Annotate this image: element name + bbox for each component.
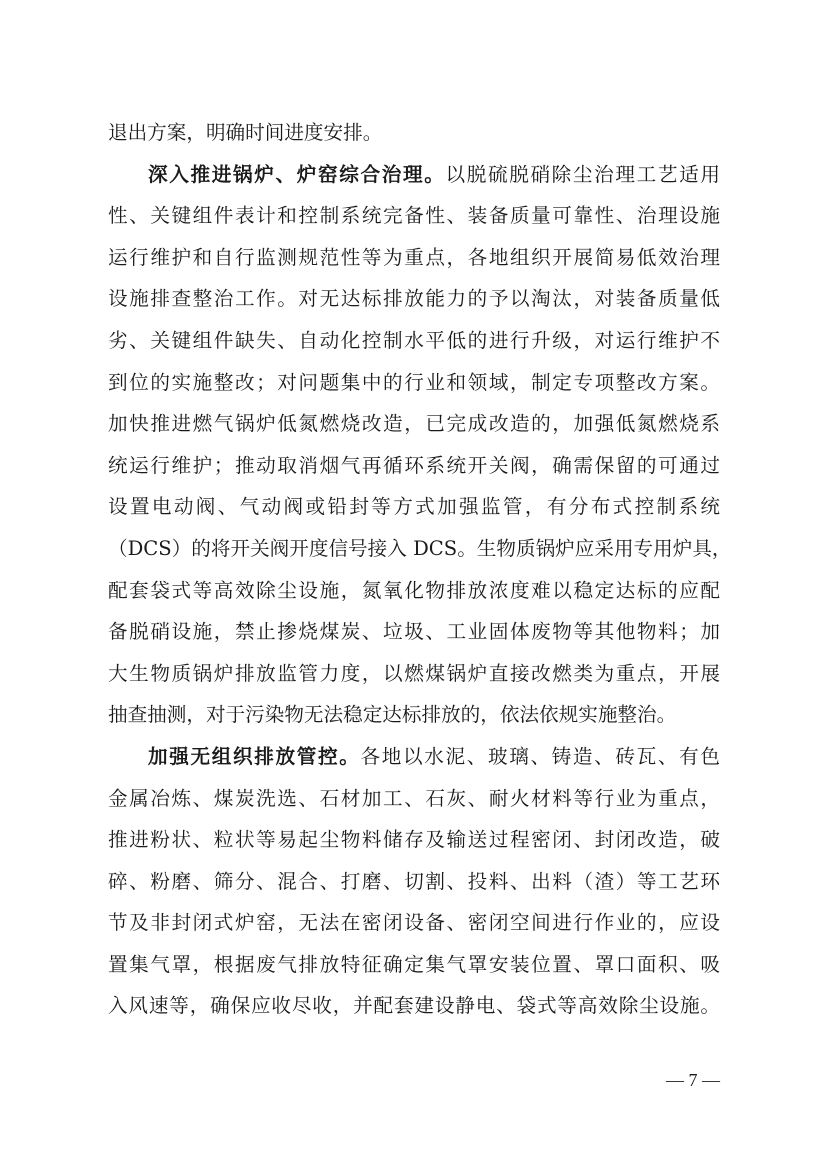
paragraph-line: 退出方案，明确时间进度安排。: [108, 112, 720, 154]
document-page: 退出方案，明确时间进度安排。 深入推进锅炉、炉窑综合治理。以脱硫脱硝除尘治理工艺…: [0, 0, 826, 1169]
paragraph-line: 配套袋式等高效除尘设施，氮氧化物排放浓度难以稳定达标的应配: [108, 570, 720, 612]
paragraph-line: 金属冶炼、煤炭洗选、石材加工、石灰、耐火材料等行业为重点，: [108, 778, 720, 820]
paragraph-line: 统运行维护；推动取消烟气再循环系统开关阀，确需保留的可通过: [108, 445, 720, 487]
paragraph-line: 到位的实施整改；对问题集中的行业和领域，制定专项整改方案。: [108, 362, 720, 404]
paragraph-text: 以脱硫脱硝除尘治理工艺适用: [445, 163, 720, 186]
paragraph-line: （DCS）的将开关阀开度信号接入 DCS。生物质锅炉应采用专用炉具，: [108, 528, 720, 570]
paragraph-line: 抽查抽测，对于污染物无法稳定达标排放的，依法依规实施整治。: [108, 694, 720, 736]
paragraph-line: 推进粉状、粒状等易起尘物料储存及输送过程密闭、封闭改造，破: [108, 819, 720, 861]
paragraph-line: 加快推进燃气锅炉低氮燃烧改造，已完成改造的，加强低氮燃烧系: [108, 403, 720, 445]
page-number: — 7 —: [640, 1070, 720, 1091]
body-text: 退出方案，明确时间进度安排。 深入推进锅炉、炉窑综合治理。以脱硫脱硝除尘治理工艺…: [108, 112, 720, 1027]
paragraph-first-line: 深入推进锅炉、炉窑综合治理。以脱硫脱硝除尘治理工艺适用: [108, 154, 720, 196]
paragraph-line: 置集气罩，根据废气排放特征确定集气罩安装位置、罩口面积、吸: [108, 944, 720, 986]
paragraph-line: 大生物质锅炉排放监管力度，以燃煤锅炉直接改燃类为重点，开展: [108, 653, 720, 695]
paragraph-line: 入风速等，确保应收尽收，并配套建设静电、袋式等高效除尘设施。: [108, 985, 720, 1027]
paragraph-line: 节及非封闭式炉窑，无法在密闭设备、密闭空间进行作业的，应设: [108, 902, 720, 944]
paragraph-line: 运行维护和自行监测规范性等为重点，各地组织开展简易低效治理: [108, 237, 720, 279]
paragraph-line: 碎、粉磨、筛分、混合、打磨、切割、投料、出料（渣）等工艺环: [108, 861, 720, 903]
paragraph-line: 劣、关键组件缺失、自动化控制水平低的进行升级，对运行维护不: [108, 320, 720, 362]
section-heading: 深入推进锅炉、炉窑综合治理。: [148, 163, 445, 186]
paragraph-text: 各地以水泥、玻璃、铸造、砖瓦、有色: [360, 745, 720, 768]
paragraph-line: 设施排查整治工作。对无达标排放能力的予以淘汰，对装备质量低: [108, 278, 720, 320]
paragraph-first-line: 加强无组织排放管控。各地以水泥、玻璃、铸造、砖瓦、有色: [108, 736, 720, 778]
paragraph-line: 设置电动阀、气动阀或铅封等方式加强监管，有分布式控制系统: [108, 486, 720, 528]
paragraph-line: 性、关键组件表计和控制系统完备性、装备质量可靠性、治理设施: [108, 195, 720, 237]
section-heading: 加强无组织排放管控。: [148, 745, 360, 768]
paragraph-line: 备脱硝设施，禁止掺烧煤炭、垃圾、工业固体废物等其他物料；加: [108, 611, 720, 653]
